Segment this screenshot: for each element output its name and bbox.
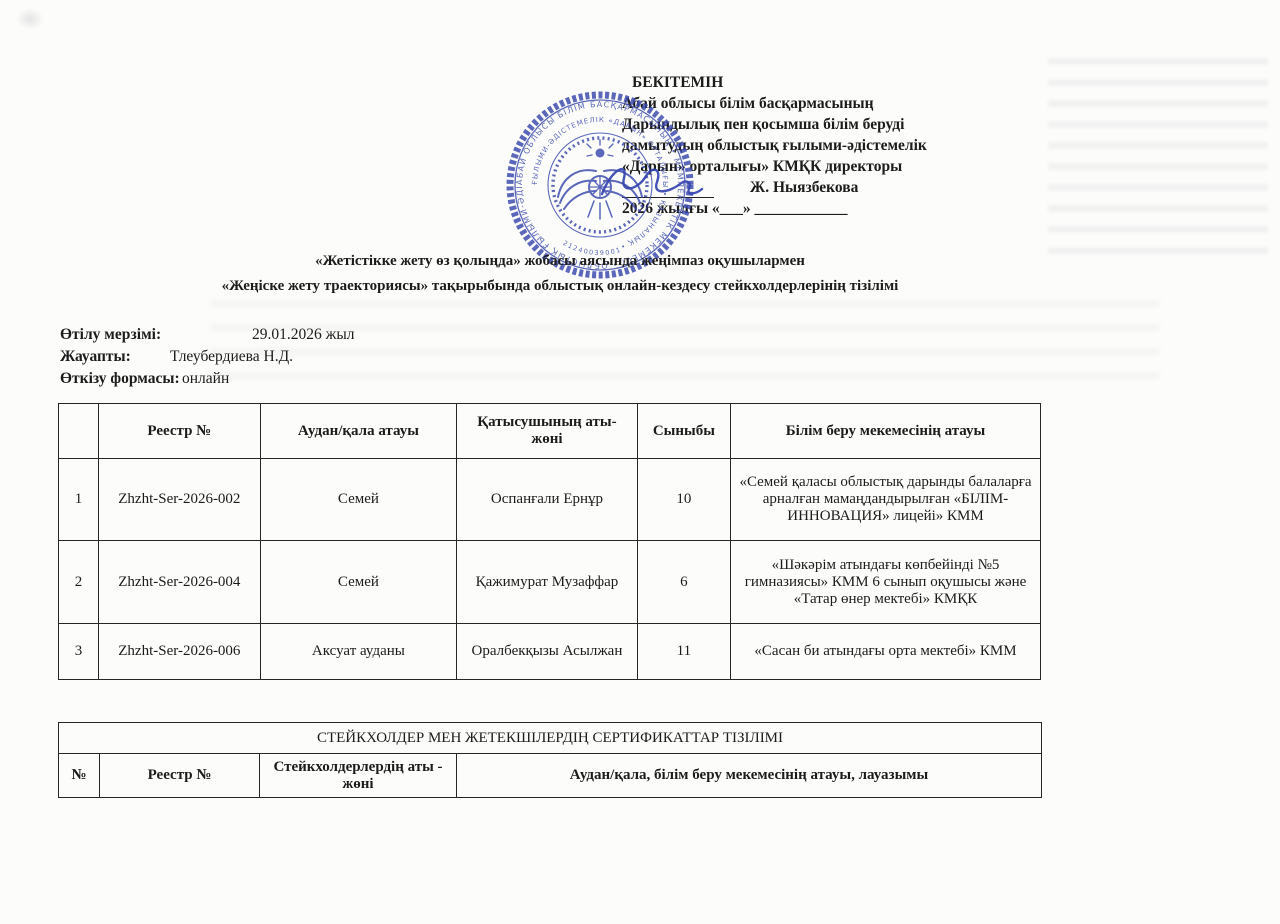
- col-header-registry: Реестр №: [99, 404, 260, 459]
- approval-line: дамытудың облыстық ғылыми-әдістемелік: [622, 135, 927, 156]
- cell-participant: Қажимурат Музаффар: [457, 541, 638, 624]
- certificates-header-row: № Реестр № Стейкхолдерлердің аты - жөні …: [59, 754, 1042, 798]
- cell-num: 1: [59, 459, 99, 541]
- cell-num: 3: [59, 624, 99, 680]
- cell-participant: Оралбекқызы Асылжан: [457, 624, 638, 680]
- col-header-num: №: [59, 754, 100, 798]
- col-header-participant: Қатысушының аты-жөні: [457, 404, 638, 459]
- approval-line: Абай облысы білім басқармасының: [622, 93, 927, 114]
- meta-value: онлайн: [182, 370, 229, 388]
- document-title-line2: «Жеңіске жету траекториясы» тақырыбында …: [60, 274, 1060, 299]
- cell-district: Семей: [260, 541, 457, 624]
- approval-date-line: 2026 жылғы «___» ____________: [622, 198, 927, 219]
- cell-grade: 11: [637, 624, 730, 680]
- certificates-table: СТЕЙКХОЛДЕР МЕН ЖЕТЕКШІЛЕРДІҢ СЕРТИФИКАТ…: [58, 722, 1042, 798]
- col-header-registry: Реестр №: [100, 754, 260, 798]
- signature-row: Ж. Ныязбекова: [622, 177, 927, 198]
- cell-registry: Zhzht-Ser-2026-002: [99, 459, 260, 541]
- certificates-title-row: СТЕЙКХОЛДЕР МЕН ЖЕТЕКШІЛЕРДІҢ СЕРТИФИКАТ…: [59, 723, 1042, 754]
- document-page: БЕКІТЕМІН Абай облысы білім басқармасыны…: [0, 0, 1280, 924]
- cell-school: «Шәкәрім атындағы көпбейінді №5 гимназия…: [731, 541, 1041, 624]
- meta-row-format: Өткізу формасы: онлайн: [60, 370, 660, 392]
- approval-line: «Дарын» орталығы» КМҚК директоры: [622, 156, 927, 177]
- meta-row-responsible: Жауапты: Тлеубердиева Н.Д.: [60, 348, 660, 370]
- participants-table: Реестр № Аудан/қала атауы Қатысушының ат…: [58, 403, 1041, 680]
- signer-name: Ж. Ныязбекова: [750, 179, 859, 196]
- meta-value: 29.01.2026 жыл: [252, 326, 354, 344]
- col-header-num: [59, 404, 99, 459]
- col-header-district: Аудан/қала атауы: [260, 404, 457, 459]
- cell-registry: Zhzht-Ser-2026-006: [99, 624, 260, 680]
- table-row: 3 Zhzht-Ser-2026-006 Аксуат ауданы Оралб…: [59, 624, 1041, 680]
- scan-bleedthrough: [1048, 58, 1268, 268]
- meta-label: Өтілу мерзімі:: [60, 326, 161, 344]
- signature-line: [622, 181, 714, 198]
- document-title-line1: «Жетістікке жету өз қолыңда» жобасы аясы…: [60, 249, 1060, 274]
- approval-title: БЕКІТЕМІН: [622, 72, 927, 93]
- certificates-table-title: СТЕЙКХОЛДЕР МЕН ЖЕТЕКШІЛЕРДІҢ СЕРТИФИКАТ…: [59, 723, 1042, 754]
- cell-school: «Семей қаласы облыстық дарынды балаларға…: [731, 459, 1041, 541]
- col-header-school: Білім беру мекемесінің атауы: [731, 404, 1041, 459]
- meta-label: Жауапты:: [60, 348, 131, 366]
- cell-school: «Сасан би атындағы орта мектебі» КММ: [731, 624, 1041, 680]
- meta-row-date: Өтілу мерзімі: 29.01.2026 жыл: [60, 326, 660, 348]
- approval-block: БЕКІТЕМІН Абай облысы білім басқармасыны…: [622, 72, 927, 219]
- table-row: 2 Zhzht-Ser-2026-004 Семей Қажимурат Муз…: [59, 541, 1041, 624]
- col-header-grade: Сыныбы: [637, 404, 730, 459]
- cell-grade: 6: [637, 541, 730, 624]
- cell-participant: Оспанғали Ернұр: [457, 459, 638, 541]
- cell-grade: 10: [637, 459, 730, 541]
- approval-line: Дарындылық пен қосымша білім беруді: [622, 114, 927, 135]
- cell-district: Семей: [260, 459, 457, 541]
- meta-block: Өтілу мерзімі: 29.01.2026 жыл Жауапты: Т…: [60, 326, 660, 392]
- cell-district: Аксуат ауданы: [260, 624, 457, 680]
- meta-label: Өткізу формасы:: [60, 370, 180, 388]
- col-header-org: Аудан/қала, білім беру мекемесінің атауы…: [457, 754, 1042, 798]
- scan-smudge: [16, 8, 44, 30]
- col-header-stakeholder: Стейкхолдерлердің аты - жөні: [260, 754, 457, 798]
- document-title: «Жетістікке жету өз қолыңда» жобасы аясы…: [60, 249, 1060, 299]
- table-row: 1 Zhzht-Ser-2026-002 Семей Оспанғали Ерн…: [59, 459, 1041, 541]
- cell-registry: Zhzht-Ser-2026-004: [99, 541, 260, 624]
- participants-header-row: Реестр № Аудан/қала атауы Қатысушының ат…: [59, 404, 1041, 459]
- cell-num: 2: [59, 541, 99, 624]
- meta-value: Тлеубердиева Н.Д.: [170, 348, 293, 366]
